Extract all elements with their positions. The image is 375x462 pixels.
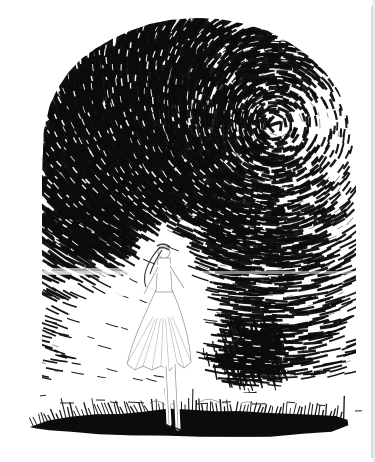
illustration-canvas: ,,,,,,,,,,,,,,,,,,,,,,,,,,,,,,,,,,,,,,,,…	[0, 0, 375, 462]
scanned-page: ,,,,,,,,,,,,,,,,,,,,,,,,,,,,,,,,,,,,,,,,…	[0, 0, 375, 462]
girl-torso	[156, 258, 172, 292]
woodcut-plate: ,,,,,,,,,,,,,,,,,,,,,,,,,,,,,,,,,,,,,,,,…	[0, 0, 375, 462]
